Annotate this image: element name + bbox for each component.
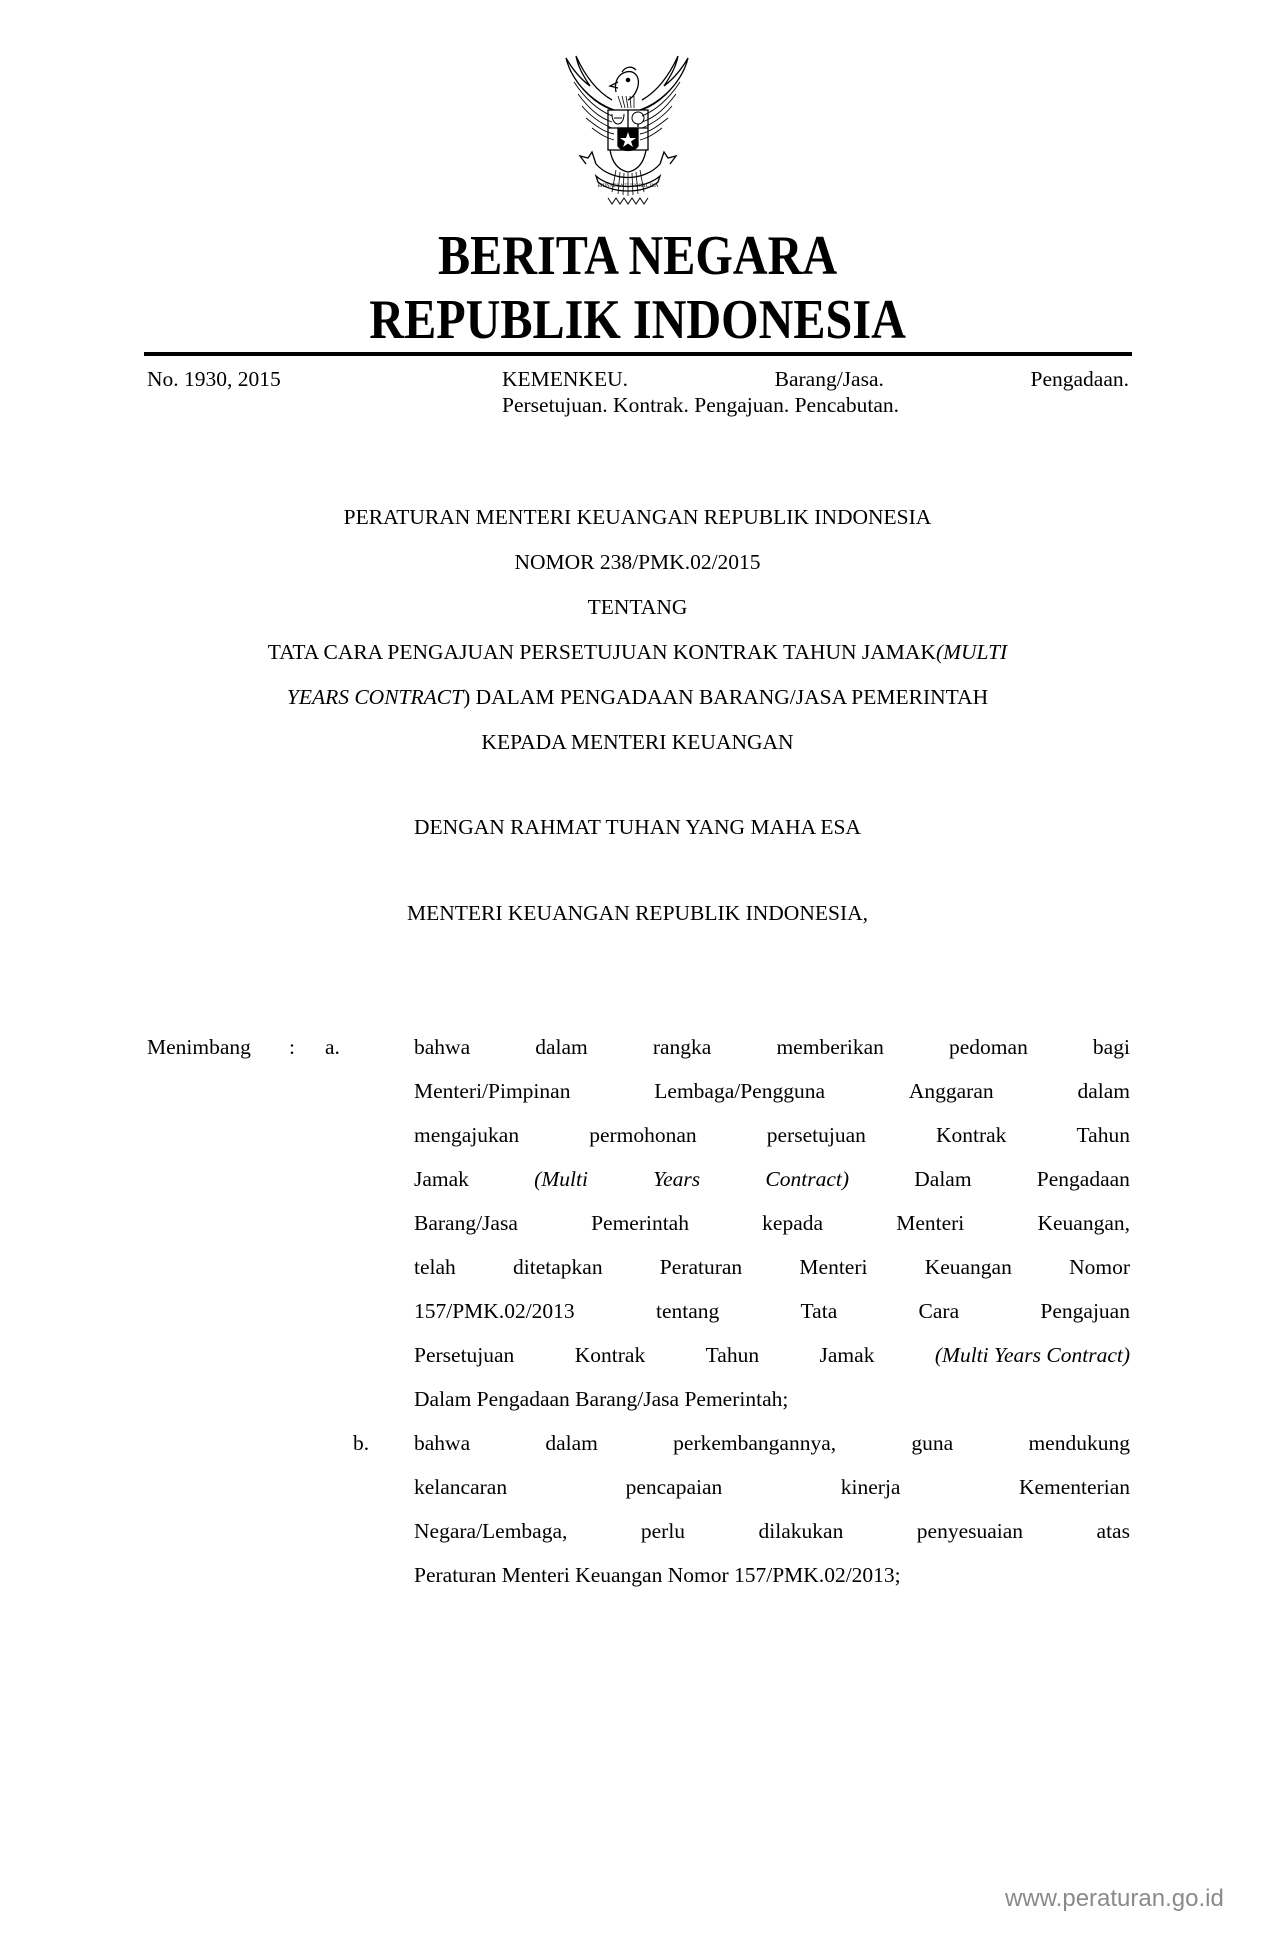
word: mengajukan (414, 1113, 519, 1157)
item-b-label: b. (353, 1421, 369, 1465)
text-line: kelancaranpencapaiankinerjaKementerian (414, 1465, 1130, 1509)
masthead-title-line1: BERITA NEGARA (89, 228, 1186, 284)
svg-text:BHINNEKA TUNGGAL IKA: BHINNEKA TUNGGAL IKA (597, 184, 658, 189)
word: ditetapkan (513, 1245, 603, 1289)
word: Kontrak (575, 1333, 645, 1377)
word: Kontrak (936, 1113, 1006, 1157)
word: perlu (641, 1509, 685, 1553)
gazette-number: No. 1930, 2015 (147, 366, 281, 392)
word: bahwa (414, 1421, 470, 1465)
word: Tahun (706, 1333, 759, 1377)
regulation-number: NOMOR 238/PMK.02/2015 (0, 549, 1275, 575)
regulation-subject-line1: TATA CARA PENGAJUAN PERSETUJUAN KONTRAK … (0, 639, 1275, 665)
garuda-emblem-icon: BHINNEKA TUNGGAL IKA (552, 52, 702, 212)
issuer: MENTERI KEUANGAN REPUBLIK INDONESIA, (0, 900, 1275, 926)
regulation-about: TENTANG (0, 594, 1275, 620)
text-line: 157/PMK.02/2013tentangTataCaraPengajuan (414, 1289, 1130, 1333)
word: Contract) (765, 1157, 849, 1201)
masthead-title-line2: REPUBLIK INDONESIA (89, 292, 1186, 348)
word: kinerja (841, 1465, 901, 1509)
word: Years (653, 1157, 700, 1201)
gazette-tags: KEMENKEU. Barang/Jasa. Pengadaan. Perset… (502, 366, 1129, 418)
word: persetujuan (767, 1113, 866, 1157)
word: Anggaran (909, 1069, 994, 1113)
watermark: www.peraturan.go.id (1005, 1885, 1224, 1913)
text-line: Dalam Pengadaan Barang/Jasa Pemerintah; (414, 1377, 1130, 1421)
regulation-type: PERATURAN MENTERI KEUANGAN REPUBLIK INDO… (0, 504, 1275, 530)
item-a-label: a. (325, 1025, 340, 1069)
word: Negara/Lembaga, (414, 1509, 567, 1553)
menimbang-colon: : (289, 1025, 295, 1069)
word: 157/PMK.02/2013 (414, 1289, 575, 1333)
word: pedoman (949, 1025, 1028, 1069)
masthead-divider (144, 352, 1132, 356)
word: dilakukan (759, 1509, 844, 1553)
tags-line2: Persetujuan. Kontrak. Pengajuan. Pencabu… (502, 392, 1129, 418)
text-line: Menteri/PimpinanLembaga/PenggunaAnggaran… (414, 1069, 1130, 1113)
tag-procurement: Pengadaan. (1030, 366, 1129, 392)
word: Pengadaan (1037, 1157, 1130, 1201)
word: Cara (919, 1289, 960, 1333)
regulation-subject-line3: KEPADA MENTERI KEUANGAN (0, 729, 1275, 755)
word: memberikan (776, 1025, 883, 1069)
word: Dalam Pengadaan Barang/Jasa Pemerintah; (414, 1377, 788, 1421)
word: Keuangan, (1037, 1201, 1130, 1245)
word: Menteri/Pimpinan (414, 1069, 570, 1113)
tag-ministry: KEMENKEU. (502, 366, 628, 392)
word: bahwa (414, 1025, 470, 1069)
text-line: Jamak(MultiYearsContract)DalamPengadaan (414, 1157, 1130, 1201)
word: tentang (656, 1289, 719, 1333)
word: mendukung (1028, 1421, 1130, 1465)
word: (Multi Years Contract) (935, 1333, 1130, 1377)
word: Tata (801, 1289, 838, 1333)
word: telah (414, 1245, 456, 1289)
word: guna (911, 1421, 953, 1465)
word: Barang/Jasa (414, 1201, 518, 1245)
word: dalam (1077, 1069, 1130, 1113)
word: kelancaran (414, 1465, 507, 1509)
word: Peraturan Menteri Keuangan Nomor 157/PMK… (414, 1553, 901, 1597)
regulation-subject-line2: YEARS CONTRACT) DALAM PENGADAAN BARANG/J… (0, 684, 1275, 710)
word: Menteri (896, 1201, 964, 1245)
word: permohonan (589, 1113, 696, 1157)
word: Pengajuan (1040, 1289, 1130, 1333)
word: Keuangan (925, 1245, 1012, 1289)
word: Nomor (1069, 1245, 1130, 1289)
word: Dalam (914, 1157, 971, 1201)
menimbang-label: Menimbang (147, 1025, 251, 1069)
text-line: Negara/Lembaga,perludilakukanpenyesuaian… (414, 1509, 1130, 1553)
word: bagi (1093, 1025, 1130, 1069)
word: atas (1097, 1509, 1130, 1553)
text-line: telahditetapkanPeraturanMenteriKeuanganN… (414, 1245, 1130, 1289)
word: Jamak (820, 1333, 875, 1377)
text-line: bahwadalamperkembangannya,gunamendukung (414, 1421, 1130, 1465)
item-a-body: bahwadalamrangkamemberikanpedomanbagiMen… (414, 1025, 1130, 1421)
word: Peraturan (660, 1245, 742, 1289)
word: dalam (545, 1421, 598, 1465)
word: Kementerian (1019, 1465, 1130, 1509)
word: Jamak (414, 1157, 469, 1201)
text-line: Peraturan Menteri Keuangan Nomor 157/PMK… (414, 1553, 1130, 1597)
word: penyesuaian (917, 1509, 1023, 1553)
word: Pemerintah (591, 1201, 689, 1245)
word: pencapaian (626, 1465, 723, 1509)
item-b-body: bahwadalamperkembangannya,gunamendukungk… (414, 1421, 1130, 1597)
word: rangka (653, 1025, 712, 1069)
word: Lembaga/Pengguna (654, 1069, 825, 1113)
invocation: DENGAN RAHMAT TUHAN YANG MAHA ESA (0, 814, 1275, 840)
text-line: bahwadalamrangkamemberikanpedomanbagi (414, 1025, 1130, 1069)
tag-goods-services: Barang/Jasa. (775, 366, 884, 392)
text-line: Barang/JasaPemerintahkepadaMenteriKeuang… (414, 1201, 1130, 1245)
word: Menteri (799, 1245, 867, 1289)
word: Tahun (1077, 1113, 1130, 1157)
word: Persetujuan (414, 1333, 514, 1377)
word: dalam (535, 1025, 588, 1069)
word: perkembangannya, (673, 1421, 836, 1465)
word: kepada (762, 1201, 823, 1245)
word: (Multi (534, 1157, 588, 1201)
text-line: mengajukanpermohonanpersetujuanKontrakTa… (414, 1113, 1130, 1157)
text-line: PersetujuanKontrakTahunJamak(Multi Years… (414, 1333, 1130, 1377)
